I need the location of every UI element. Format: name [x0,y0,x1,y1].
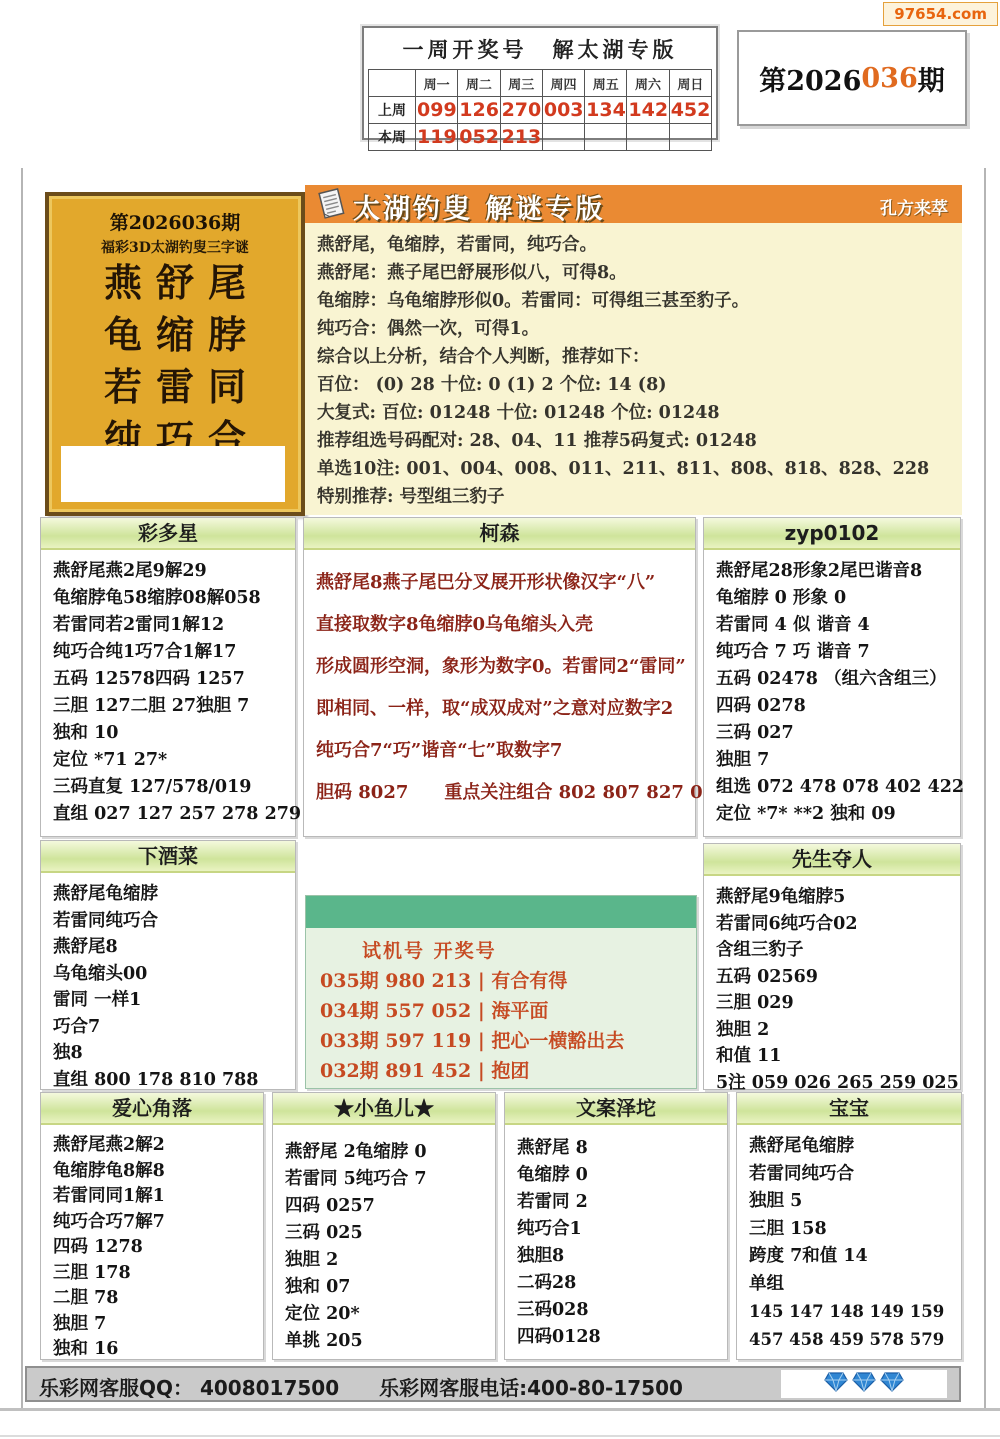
tip-line: 直组 027 127 257 278 279 [53,801,285,828]
tip-line: 燕舒尾8燕子尾巴分叉展开形状像汉字“八” [316,562,685,604]
tip-line: 燕舒尾9龟缩脖5 [716,884,950,911]
draw-history-row: 033期 597 119 | 把心一横豁出去 [320,1026,696,1056]
footer-contact: 乐彩网客服QQ： 4008017500乐彩网客服电话:400-80-17500 [39,1372,723,1401]
tip-line: 三胆 158 [749,1216,951,1244]
draw-number [627,124,669,151]
week-table: 一周开奖号 解太湖专版 周一 周二 周三 周四 周五 周六 周日 上周 099 … [362,26,718,140]
gem-icon [852,1372,876,1396]
tip-line: 含组三豹子 [716,937,950,964]
tip-line: 独和 16 [53,1337,253,1363]
tip-line: 独胆 5 [749,1188,951,1216]
riddle-box: 第2026036期 福彩3D太湖钓叟三字谜 燕舒尾 龟缩脖 若雷同 纯巧合 [45,192,305,516]
tip-line: 和值 11 [716,1043,950,1070]
tip-line: 三胆 127二胆 27独胆 7 [53,693,285,720]
tip-line: 组选 072 478 078 402 422 [716,774,950,801]
draw-number: 052 [458,124,500,151]
tip-line: 五码 12578四码 1257 [53,666,285,693]
tip-line: 直组 800 178 810 788 [53,1067,285,1094]
section-title: zyp0102 [704,518,960,550]
section-xiaoyu: ★小鱼儿★ 燕舒尾 2龟缩脖 0 若雷同 5纯巧合 7 四码 0257 三码 0… [272,1092,496,1360]
week-header: 周三 [500,70,542,97]
riddle-line: 燕舒尾 [49,257,301,309]
week-table-corner [369,70,416,97]
tip-line: 若雷同6纯巧合02 [716,911,950,938]
tip-line: 若雷同纯巧合 [749,1161,951,1189]
riddle-subtitle: 福彩3D太湖钓叟三字谜 [49,237,301,257]
tip-line: 燕舒尾28形象2尾巴谐音8 [716,558,950,585]
tip-line: 直接取数字8龟缩脖0乌龟缩头入壳 [316,604,685,646]
tip-line: 三码 027 [716,720,950,747]
week-row-label: 上周 [369,97,416,124]
main-header-right-label: 孔方来萃 [880,194,948,219]
tip-line: 单组 [749,1271,951,1299]
tip-line: 独胆8 [517,1243,717,1270]
tip-line: 三码028 [517,1297,717,1324]
draw-history-row: 035期 980 213 | 有合有得 [320,966,696,996]
week-row-thisweek: 本周 119 052 213 [369,124,712,151]
tip-line: 独8 [53,1040,285,1067]
issue-suffix: 期 [918,59,945,98]
tip-line: 纯巧合7“巧”谐音“七”取数字7 [316,730,685,772]
analysis-line: 大复式: 百位: 01248 十位: 01248 个位: 01248 [317,399,962,427]
frame-line-right [984,168,986,1410]
week-table-header-row: 周一 周二 周三 周四 周五 周六 周日 [369,70,712,97]
tip-line: 若雷同若2雷同1解12 [53,612,285,639]
tip-line: 燕舒尾燕2尾9解29 [53,558,285,585]
analysis-line: 综合以上分析，结合个人判断，推荐如下： [317,343,962,371]
tip-line: 独胆 7 [716,747,950,774]
tip-line: 形成圆形空洞，象形为数字0。若雷同2“雷同” [316,646,685,688]
tip-line: 二胆 78 [53,1286,253,1312]
divider-line [0,1408,1000,1411]
week-header: 周日 [669,70,711,97]
tip-line: 定位 20* [285,1301,485,1328]
issue-highlight: 036 [861,63,917,94]
week-header: 周一 [416,70,458,97]
week-table-grid: 周一 周二 周三 周四 周五 周六 周日 上周 099 126 270 003 … [368,69,712,151]
analysis-line: 百位： (0) 28 十位: 0 (1) 2 个位: 14 (8) [317,371,962,399]
draw-history-header [306,896,696,928]
week-header: 周二 [458,70,500,97]
draw-history-row: 034期 557 052 | 海平面 [320,996,696,1026]
section-wenan: 文案泽坨 燕舒尾 8 龟缩脖 0 若雷同 2 纯巧合1 独胆8 二码28 三码0… [504,1092,728,1360]
gem-icon [824,1372,848,1396]
riddle-issue: 第2026036期 [49,208,301,235]
tip-line: 五码 02569 [716,964,950,991]
draw-number [669,124,711,151]
tip-line: 燕舒尾 2龟缩脖 0 [285,1139,485,1166]
tip-line: 即相同、一样，取“成双成对”之意对应数字2 [316,688,685,730]
draw-number: 270 [500,97,542,124]
tip-line: 燕舒尾8 [53,934,285,961]
draw-number: 119 [416,124,458,151]
draw-history-box: 试机号 开奖号 035期 980 213 | 有合有得 034期 557 052… [305,895,697,1089]
draw-number: 126 [458,97,500,124]
main-header: 太湖钓叟 解谜专版 孔方来萃 [305,185,962,223]
tip-line: 若雷同 4 似 谐音 4 [716,612,950,639]
analysis-line: 纯巧合：偶然一次，可得1。 [317,315,962,343]
tip-line: 燕舒尾龟缩脖 [53,881,285,908]
tip-line: 独和 10 [53,720,285,747]
section-aixin: 爱心角落 燕舒尾燕2解2 龟缩脖龟8解8 若雷同同1解1 纯巧合巧7解7 四码 … [40,1092,264,1360]
footer-tel: 乐彩网客服电话:400-80-17500 [379,1376,683,1400]
section-baobao: 宝宝 燕舒尾龟缩脖 若雷同纯巧合 独胆 5 三胆 158 跨度 7和值 14 单… [736,1092,962,1360]
gem-icon [880,1372,904,1396]
tip-line: 纯巧合 7 巧 谐音 7 [716,639,950,666]
tip-line: 若雷同同1解1 [53,1184,253,1210]
section-caiduoxing: 彩多星 燕舒尾燕2尾9解29 龟缩脖龟58缩脖08解058 若雷同若2雷同1解1… [40,517,296,837]
footer-qq: 乐彩网客服QQ： 4008017500 [39,1376,339,1400]
main-header-title: 太湖钓叟 解谜专版 [353,187,605,226]
section-title: 柯森 [304,518,695,550]
tip-line: 独胆 7 [53,1312,253,1338]
week-table-title: 一周开奖号 解太湖专版 [364,28,716,64]
tip-line: 若雷同 2 [517,1189,717,1216]
analysis-line: 推荐组选号码配对: 28、04、11 推荐5码复式: 01248 [317,427,962,455]
tip-line: 457 458 459 578 579 [749,1326,951,1354]
footer-bar: 乐彩网客服QQ： 4008017500乐彩网客服电话:400-80-17500 [25,1366,961,1402]
tip-line: 单挑 205 [285,1328,485,1355]
frame-line-left [21,168,23,1410]
tip-line: 雷同 一样1 [53,987,285,1014]
analysis-line: 燕舒尾：燕子尾巴舒展形似八，可得8。 [317,259,962,287]
section-title: ★小鱼儿★ [273,1093,495,1125]
section-kesen: 柯森 燕舒尾8燕子尾巴分叉展开形状像汉字“八” 直接取数字8龟缩脖0乌龟缩头入壳… [303,517,696,837]
week-row-label: 本周 [369,124,416,151]
tip-line: 独和 07 [285,1274,485,1301]
analysis-line: 燕舒尾，龟缩脖，若雷同，纯巧合。 [317,231,962,259]
analysis-line: 单选10注: 001、004、008、011、211、811、808、818、8… [317,455,962,483]
tip-line: 四码0128 [517,1324,717,1351]
tip-line: 若雷同纯巧合 [53,908,285,935]
section-zyp0102: zyp0102 燕舒尾28形象2尾巴谐音8 龟缩脖 0 形象 0 若雷同 4 似… [703,517,961,837]
analysis-line: 龟缩脖：乌龟缩脖形似0。若雷同：可得组三甚至豹子。 [317,287,962,315]
tip-line: 四码 0278 [716,693,950,720]
tip-line: 燕舒尾 8 [517,1135,717,1162]
note-icon [313,188,349,224]
week-header: 周五 [585,70,627,97]
draw-number [542,124,584,151]
week-header: 周六 [627,70,669,97]
tip-line: 定位 *71 27* [53,747,285,774]
section-title: 爱心角落 [41,1093,263,1125]
issue-prefix: 第2026 [759,59,861,98]
tip-line: 龟缩脖龟58缩脖08解058 [53,585,285,612]
tip-line: 乌龟缩头00 [53,961,285,988]
tip-line: 独胆 2 [716,1017,950,1044]
page: 97654.com 一周开奖号 解太湖专版 周一 周二 周三 周四 周五 周六 … [0,0,1000,1439]
draw-number: 134 [585,97,627,124]
draw-number: 099 [416,97,458,124]
tip-line: 若雷同 5纯巧合 7 [285,1166,485,1193]
tip-line: 龟缩脖 0 形象 0 [716,585,950,612]
week-header: 周四 [542,70,584,97]
tip-line: 五码 02478 （组六含组三） [716,666,950,693]
divider-line [0,1435,1000,1437]
tip-line: 纯巧合纯1巧7合1解17 [53,639,285,666]
tip-line: 定位 *7* **2 独和 09 [716,801,950,828]
tip-line: 145 147 148 149 159 [749,1298,951,1326]
draw-number: 142 [627,97,669,124]
tip-line: 三胆 029 [716,990,950,1017]
issue-number-box: 第2026036期 [737,30,967,126]
analysis-line: 特别推荐: 号型组三豹子 [317,483,962,511]
draw-number: 003 [542,97,584,124]
tip-line: 三码直复 127/578/019 [53,774,285,801]
draw-number: 452 [669,97,711,124]
tip-line: 巧合7 [53,1014,285,1041]
tip-line: 四码 0257 [285,1193,485,1220]
tip-line: 胆码 8027 重点关注组合 802 807 827 027 [316,772,685,814]
analysis-block: 燕舒尾，龟缩脖，若雷同，纯巧合。 燕舒尾：燕子尾巴舒展形似八，可得8。 龟缩脖：… [305,223,962,515]
gem-icons [781,1370,947,1398]
tip-line: 三胆 178 [53,1261,253,1287]
section-title: 彩多星 [41,518,295,550]
tip-line: 龟缩脖 0 [517,1162,717,1189]
tip-line: 三码 025 [285,1220,485,1247]
section-title: 文案泽坨 [505,1093,727,1125]
blank-box [61,446,285,502]
riddle-line: 若雷同 [49,361,301,413]
draw-history-row: 032期 891 452 | 抱团 [320,1056,696,1086]
tip-line: 纯巧合巧7解7 [53,1210,253,1236]
tip-line: 燕舒尾燕2解2 [53,1133,253,1159]
section-xiajiucai: 下酒菜 燕舒尾龟缩脖 若雷同纯巧合 燕舒尾8 乌龟缩头00 雷同 一样1 巧合7… [40,840,296,1090]
tip-line: 独胆 2 [285,1247,485,1274]
tip-line: 跨度 7和值 14 [749,1243,951,1271]
section-title: 下酒菜 [41,841,295,873]
draw-number [585,124,627,151]
site-badge[interactable]: 97654.com [883,2,998,26]
section-title: 先生夺人 [704,844,960,876]
draw-number: 213 [500,124,542,151]
tip-line: 龟缩脖龟8解8 [53,1159,253,1185]
tip-line: 四码 1278 [53,1235,253,1261]
tip-line: 二码28 [517,1270,717,1297]
tip-line: 燕舒尾龟缩脖 [749,1133,951,1161]
section-title: 宝宝 [737,1093,961,1125]
draw-history-title: 试机号 开奖号 [320,936,696,966]
riddle-line: 龟缩脖 [49,309,301,361]
section-xiansheng: 先生夺人 燕舒尾9龟缩脖5 若雷同6纯巧合02 含组三豹子 五码 02569 三… [703,843,961,1090]
week-row-lastweek: 上周 099 126 270 003 134 142 452 [369,97,712,124]
tip-line: 纯巧合1 [517,1216,717,1243]
